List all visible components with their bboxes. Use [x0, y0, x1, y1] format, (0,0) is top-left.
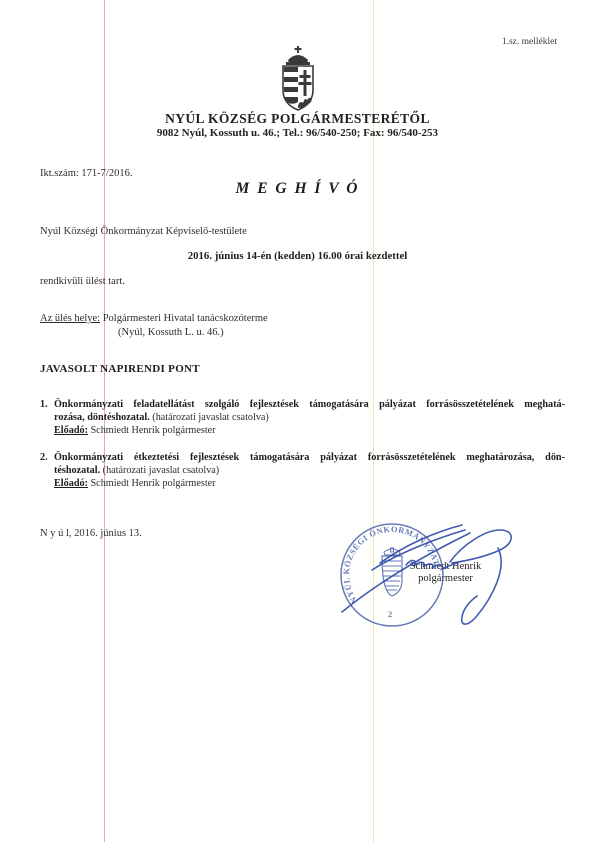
presenter-label: Előadó:	[54, 425, 88, 436]
location-label: Az ülés helye:	[40, 313, 100, 324]
presenter-name: Schmiedt Henrik polgármester	[91, 425, 216, 436]
location-address: (Nyúl, Kossuth L. u. 46.)	[118, 327, 224, 338]
document-title: M E G H Í V Ó	[0, 180, 595, 198]
agenda-item-1: 1. Önkormányzati feladatellátást szolgál…	[40, 399, 565, 437]
agenda-item-number: 2.	[40, 452, 48, 465]
agenda-item-attachment-note: (határozati javaslat csatolva)	[152, 412, 269, 423]
meeting-datetime-line: 2016. június 14-én (kedden) 16.00 órai k…	[0, 250, 595, 262]
agenda-heading: JAVASOLT NAPIRENDI PONT	[40, 363, 200, 375]
scanned-document-page: 1.sz. melléklet	[0, 0, 595, 842]
agenda-item-text-line1: Önkormányzati feladatellátást szolgáló f…	[54, 399, 565, 412]
meeting-type-line: rendkívüli ülést tart.	[40, 276, 125, 287]
agenda-item-presenter-line: Előadó: Schmiedt Henrik polgármester	[54, 425, 565, 438]
agenda-item-text-line1: Önkormányzati étkeztetési fejlesztések t…	[54, 452, 565, 465]
agenda-item-presenter-line: Előadó: Schmiedt Henrik polgármester	[54, 478, 565, 491]
stamp-number: 2	[388, 609, 392, 619]
location-name: Polgármesteri Hivatal tanácskozóterme	[103, 313, 268, 324]
signer-name: Schmiedt Henrik	[383, 561, 508, 572]
agenda-item-text-line2: rozása, döntéshozatal. (határozati javas…	[54, 412, 565, 425]
agenda-item-text-line2: téshozatal. (határozati javaslat csatolv…	[54, 465, 565, 478]
signer-title: polgármester	[383, 573, 508, 584]
hungary-coat-of-arms-icon	[276, 46, 320, 112]
addressee-line: Nyúl Községi Önkormányzat Képviselő-test…	[40, 226, 247, 237]
org-name: NYÚL KÖZSÉG POLGÁRMESTERÉTŐL	[0, 111, 595, 127]
meeting-location-line: Az ülés helye: Polgármesteri Hivatal tan…	[40, 313, 268, 324]
signer-block: Schmiedt Henrik polgármester	[383, 561, 508, 584]
reference-number: Ikt.szám: 171-7/2016.	[40, 168, 132, 179]
agenda-item-2: 2. Önkormányzati étkeztetési fejlesztése…	[40, 452, 565, 490]
agenda-item-number: 1.	[40, 399, 48, 412]
presenter-label: Előadó:	[54, 478, 88, 489]
agenda-item-attachment-note: (határozati javaslat csatolva)	[103, 465, 220, 476]
org-address-line: 9082 Nyúl, Kossuth u. 46.; Tel.: 96/540-…	[0, 127, 595, 139]
closing-date-line: N y ú l, 2016. június 13.	[40, 528, 142, 539]
presenter-name: Schmiedt Henrik polgármester	[91, 478, 216, 489]
